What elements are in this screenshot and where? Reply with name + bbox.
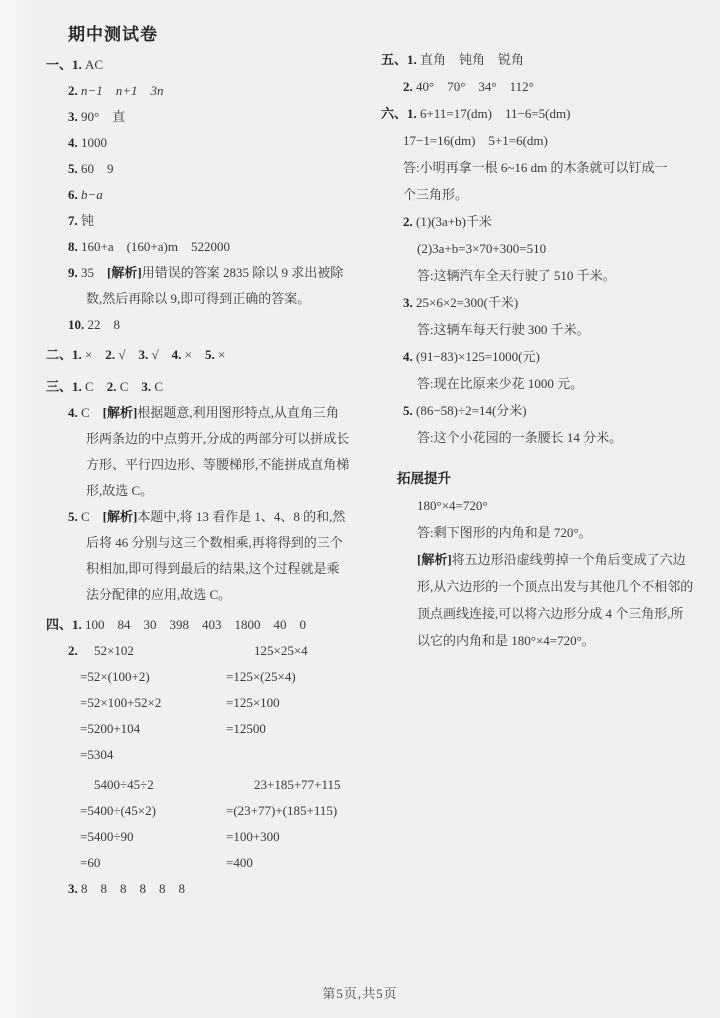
answer-text-line: 二、1. × 2. √ 3. √ 4. × 5. × [46,342,380,368]
text: 1000 [78,135,107,150]
bold-text: 2. [68,83,78,98]
bold-text: 2. [105,347,115,362]
bold-text: 9. [68,265,78,280]
math-expression-right: =(23+77)+(185+115) [226,798,337,824]
math-expression-right: 125×25×4 [240,638,308,664]
text: n−1 n+1 3n [78,83,164,98]
answer-text-line: 拓展提升 [381,465,711,492]
text: b−a [78,187,103,202]
answer-text-line: 17−1=16(dm) 5+1=6(dm) [381,127,711,154]
text: × [82,347,106,362]
answer-text-line: (2)3a+b=3×70+300=510 [381,235,711,262]
math-expression-left: =5304 [80,742,226,768]
answer-text-line: 方形、平行四边形、等腰梯形,不能拼成直角梯 [46,452,380,478]
bold-text: 2. [107,379,117,394]
bold-text: 3. [68,109,78,124]
bold-text: 3. [141,379,151,394]
math-expression-right: =125×(25×4) [226,664,296,690]
math-working-row: 5400÷45÷223+185+77+115 [46,772,380,798]
answer-text-line: 四、1. 100 84 30 398 403 1800 40 0 [46,612,380,638]
text: (86−58)÷2=14(分米) [413,403,527,418]
text: 以它的内角和是 180°×4=720°。 [417,633,595,648]
text: 答:这辆车每天行驶 300 千米。 [417,322,590,337]
bold-text: 7. [68,213,78,228]
text: × [181,347,205,362]
text: × [215,347,226,362]
math-expression-right: =125×100 [226,690,280,716]
math-expression-left: 5400÷45÷2 [80,772,240,798]
bold-text: 二、1. [46,347,82,362]
answer-text-line: 一、1. AC [46,52,380,78]
answer-text-line: 4. C [解析]根据题意,利用图形特点,从直角三角 [46,400,380,426]
math-expression-left: 52×102 [80,638,240,664]
answer-text-line: 3. 8 8 8 8 8 8 [46,876,380,902]
answer-text-line: 六、1. 6+11=17(dm) 11−6=5(dm) [381,100,711,127]
answer-text-line: 三、1. C 2. C 3. C [46,374,380,400]
answer-text-line: 答:这辆汽车全天行驶了 510 千米。 [381,262,711,289]
text: 将五边形沿虚线剪掉一个角后变成了六边 [452,552,686,567]
text: 根据题意,利用图形特点,从直角三角 [137,405,339,420]
text: 法分配律的应用,故选 C。 [86,587,231,602]
bold-text: 10. [68,317,84,332]
math-working-row: =5400÷(45×2)=(23+77)+(185+115) [46,798,380,824]
math-working-row: =5200+104=12500 [46,716,380,742]
text: 160+a (160+a)m 522000 [78,239,230,254]
bold-text: 4. [68,405,78,420]
answer-text-line: 2. 40° 70° 34° 112° [381,73,711,100]
text: AC [82,57,103,72]
text: 钝 [78,213,94,228]
answer-text-line: 2. n−1 n+1 3n [46,78,380,104]
bold-text: 一、1. [46,57,82,72]
bold-text: 三、1. [46,379,82,394]
text: 22 8 [84,317,120,332]
answer-text-line: 9. 35 [解析]用错误的答案 2835 除以 9 求出被除 [46,260,380,286]
text: 用错误的答案 2835 除以 9 求出被除 [142,265,344,280]
bold-text: [解析] [107,265,142,280]
text: 个三角形。 [403,187,468,202]
answer-text-line: 答:这个小花园的一条腰长 14 分米。 [381,424,711,451]
left-answer-column: 一、1. AC2. n−1 n+1 3n3. 90° 直4. 10005. 60… [46,52,380,902]
text: 形,故选 C。 [86,483,153,498]
text: √ [148,347,171,362]
math-expression-left: =5400÷90 [80,824,226,850]
answer-text-line: 3. 25×6×2=300(千米) [381,289,711,316]
math-working-row: =52×(100+2)=125×(25×4) [46,664,380,690]
bold-text: 4. [68,135,78,150]
text: C [78,405,103,420]
text: 形,从六边形的一个顶点出发与其他几个不相邻的 [417,579,693,594]
answer-text-line: 顶点画线连接,可以将六边形分成 4 个三角形,所 [381,600,711,627]
text: C [151,379,163,394]
math-expression-left: =60 [80,850,226,876]
bold-text: 8. [68,239,78,254]
page-number-footer: 第5页,共5页 [0,983,720,1002]
answer-text-line: 5. (86−58)÷2=14(分米) [381,397,711,424]
item-number: 2. [68,638,78,664]
bold-text: 五、1. [381,52,417,67]
math-working-row: =5304 [46,742,380,768]
bold-text: 2. [403,79,413,94]
answer-text-line: 以它的内角和是 180°×4=720°。 [381,627,711,654]
math-expression-left: =5400÷(45×2) [80,798,226,824]
answer-text-line: 法分配律的应用,故选 C。 [46,582,380,608]
text: C [116,379,141,394]
math-expression-right: =400 [226,850,253,876]
answer-text-line: 后将 46 分别与这三个数相乘,再将得到的三个 [46,530,380,556]
text: √ [115,347,138,362]
bold-text: 6. [68,187,78,202]
answer-text-line: 2. (1)(3a+b)千米 [381,208,711,235]
text: 顶点画线连接,可以将六边形分成 4 个三角形,所 [417,606,684,621]
bold-text: 5. [403,403,413,418]
text: 答:这个小花园的一条腰长 14 分米。 [417,430,622,445]
answer-text-line: [解析]将五边形沿虚线剪掉一个角后变成了六边 [381,546,711,573]
bold-text: 2. [403,214,413,229]
bold-text: [解析] [417,552,452,567]
text: 8 8 8 8 8 8 [78,881,185,896]
bold-text: [解析] [103,405,138,420]
math-expression-right: 23+185+77+115 [240,772,341,798]
text: 方形、平行四边形、等腰梯形,不能拼成直角梯 [86,457,349,472]
math-expression-left: =52×(100+2) [80,664,226,690]
text: 形两条边的中点剪开,分成的两部分可以拼成长 [86,431,349,446]
answer-text-line: 5. C [解析]本题中,将 13 看作是 1、4、8 的和,然 [46,504,380,530]
math-working-row: =5400÷90=100+300 [46,824,380,850]
math-working-row: =60=400 [46,850,380,876]
text: 答:小明再拿一根 6~16 dm 的木条就可以钉成一 [403,160,668,175]
answer-text-line: 6. b−a [46,182,380,208]
text: 17−1=16(dm) 5+1=6(dm) [403,133,548,148]
answer-text-line: 五、1. 直角 钝角 锐角 [381,46,711,73]
bold-text: 3. [68,881,78,896]
text: 90° 直 [78,109,125,124]
text: (2)3a+b=3×70+300=510 [417,241,546,256]
bold-text: 5. [205,347,215,362]
text: 直角 钝角 锐角 [417,52,524,67]
answer-text-line: 形两条边的中点剪开,分成的两部分可以拼成长 [46,426,380,452]
answer-text-line: 180°×4=720° [381,492,711,519]
answer-text-line: 3. 90° 直 [46,104,380,130]
bold-text: 5. [68,161,78,176]
answer-text-line: 8. 160+a (160+a)m 522000 [46,234,380,260]
answer-text-line: 个三角形。 [381,181,711,208]
answer-text-line: 数,然后再除以 9,即可得到正确的答案。 [46,286,380,312]
answer-text-line: 答:这辆车每天行驶 300 千米。 [381,316,711,343]
answer-text-line: 答:现在比原来少花 1000 元。 [381,370,711,397]
math-expression-right: =12500 [226,716,266,742]
text: 答:现在比原来少花 1000 元。 [417,376,583,391]
text: 25×6×2=300(千米) [413,295,518,310]
answer-text-line: 7. 钝 [46,208,380,234]
text: 本题中,将 13 看作是 1、4、8 的和,然 [137,509,345,524]
math-expression-right: =100+300 [226,824,280,850]
text: 答:这辆汽车全天行驶了 510 千米。 [417,268,616,283]
text: 35 [78,265,107,280]
bold-text: 六、1. [381,106,417,121]
bold-text: 四、1. [46,617,82,632]
answer-text-line: 答:剩下图形的内角和是 720°。 [381,519,711,546]
text: C [78,509,103,524]
scanned-answer-page: 期中测试卷 一、1. AC2. n−1 n+1 3n3. 90° 直4. 100… [0,0,720,1018]
math-working-row: =52×100+52×2=125×100 [46,690,380,716]
text: 6+11=17(dm) 11−6=5(dm) [417,106,571,121]
bold-text: 5. [68,509,78,524]
answer-text-line: 积相加,即可得到最后的结果,这个过程就是乘 [46,556,380,582]
text: 40° 70° 34° 112° [413,79,534,94]
bold-text: 拓展提升 [397,471,451,486]
text: 100 84 30 398 403 1800 40 0 [82,617,306,632]
text: 答:剩下图形的内角和是 720°。 [417,525,592,540]
text: 60 9 [78,161,114,176]
answer-text-line: 5. 60 9 [46,156,380,182]
text: C [82,379,107,394]
bold-text: 4. [172,347,182,362]
text: 数,然后再除以 9,即可得到正确的答案。 [86,291,310,306]
bold-text: 4. [403,349,413,364]
bold-text: 3. [139,347,149,362]
right-answer-column: 五、1. 直角 钝角 锐角2. 40° 70° 34° 112°六、1. 6+1… [381,46,711,654]
answer-text-line: 答:小明再拿一根 6~16 dm 的木条就可以钉成一 [381,154,711,181]
answer-text-line: 形,故选 C。 [46,478,380,504]
math-expression-left: =5200+104 [80,716,226,742]
answer-text-line: 形,从六边形的一个顶点出发与其他几个不相邻的 [381,573,711,600]
answer-text-line: 10. 22 8 [46,312,380,338]
text: 180°×4=720° [417,498,488,513]
page-title: 期中测试卷 [68,20,158,45]
text: 积相加,即可得到最后的结果,这个过程就是乘 [86,561,340,576]
answer-text-line: 4. 1000 [46,130,380,156]
answer-text-line: 4. (91−83)×125=1000(元) [381,343,711,370]
text: (91−83)×125=1000(元) [413,349,540,364]
text: 后将 46 分别与这三个数相乘,再将得到的三个 [86,535,343,550]
bold-text: 3. [403,295,413,310]
bold-text: [解析] [103,509,138,524]
text: (1)(3a+b)千米 [413,214,492,229]
math-expression-left: =52×100+52×2 [80,690,226,716]
math-working-row: 2.52×102125×25×4 [46,638,380,664]
